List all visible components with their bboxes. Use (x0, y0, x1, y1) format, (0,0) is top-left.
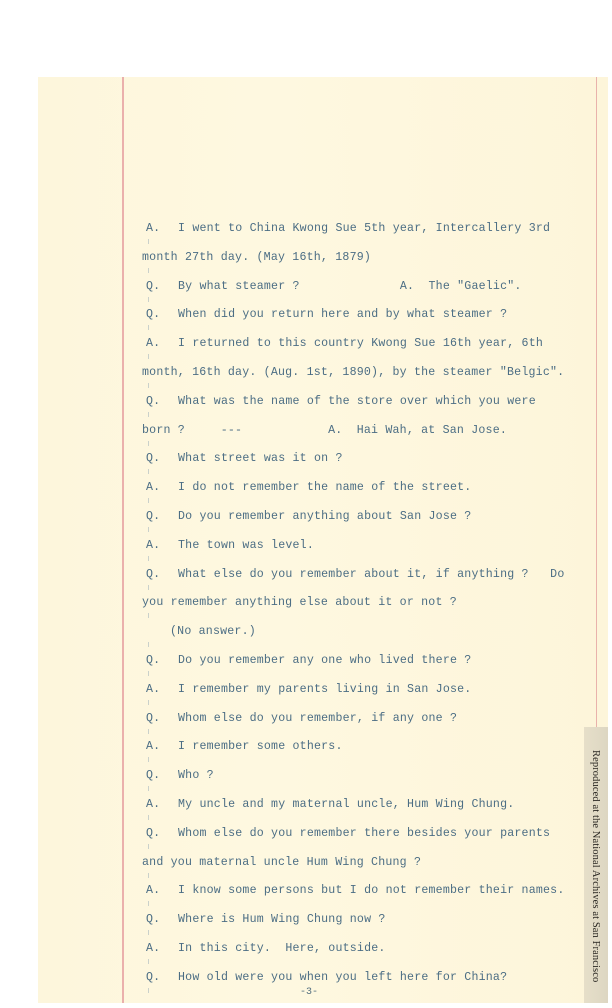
typewriter-tick (148, 498, 149, 503)
typewriter-tick (148, 325, 149, 330)
typewriter-tick (148, 815, 149, 820)
answer-marker: A. (146, 222, 160, 236)
typewriter-tick (148, 700, 149, 705)
answer-marker: A. (146, 942, 160, 956)
line-text: What was the name of the store over whic… (178, 395, 536, 409)
typewriter-tick (148, 441, 149, 446)
line-text: I returned to this country Kwong Sue 16t… (178, 337, 543, 351)
typewriter-tick (148, 642, 149, 647)
question-marker: Q. (146, 395, 160, 409)
archive-watermark: Reproduced at the National Archives at S… (584, 750, 606, 990)
line-text: What else do you remember about it, if a… (178, 568, 565, 582)
question-marker: Q. (146, 769, 160, 783)
typewriter-tick (148, 930, 149, 935)
answer-marker: A. (146, 337, 160, 351)
line-text: Who ? (178, 769, 214, 783)
answer-marker: A. (146, 539, 160, 553)
line-text: Whom else do you remember, if any one ? (178, 712, 457, 726)
question-marker: Q. (146, 280, 160, 294)
line-text: I do not remember the name of the street… (178, 481, 471, 495)
line-text: By what steamer ? A. The "Gaelic". (178, 280, 522, 294)
line-text: When did you return here and by what ste… (178, 308, 507, 322)
line-text: I remember some others. (178, 740, 343, 754)
question-marker: Q. (146, 308, 160, 322)
line-text: I know some persons but I do not remembe… (178, 884, 565, 898)
typewriter-tick (148, 239, 149, 244)
page-number: -3- (300, 987, 318, 998)
question-marker: Q. (146, 913, 160, 927)
line-text: I remember my parents living in San Jose… (178, 683, 471, 697)
typewriter-tick (148, 383, 149, 388)
line-text: How old were you when you left here for … (178, 971, 507, 985)
line-text: Do you remember anything about San Jose … (178, 510, 471, 524)
line-text: My uncle and my maternal uncle, Hum Wing… (178, 798, 514, 812)
typewriter-tick (148, 585, 149, 590)
question-marker: Q. (146, 827, 160, 841)
typewriter-tick (148, 873, 149, 878)
question-marker: Q. (146, 510, 160, 524)
line-text: In this city. Here, outside. (178, 942, 386, 956)
typewriter-tick (148, 729, 149, 734)
line-text: (No answer.) (170, 625, 256, 639)
answer-marker: A. (146, 884, 160, 898)
typewriter-tick (148, 527, 149, 532)
question-marker: Q. (146, 654, 160, 668)
typewriter-tick (148, 959, 149, 964)
typewriter-tick (148, 844, 149, 849)
typewriter-tick (148, 556, 149, 561)
line-text: Where is Hum Wing Chung now ? (178, 913, 386, 927)
answer-marker: A. (146, 481, 160, 495)
answer-marker: A. (146, 683, 160, 697)
line-text: I went to China Kwong Sue 5th year, Inte… (178, 222, 550, 236)
line-text: and you maternal uncle Hum Wing Chung ? (142, 856, 421, 870)
typewriter-tick (148, 901, 149, 906)
typewriter-tick (148, 988, 149, 993)
typewriter-tick (148, 412, 149, 417)
line-text: What street was it on ? (178, 452, 343, 466)
typewriter-tick (148, 786, 149, 791)
line-text: Whom else do you remember there besides … (178, 827, 550, 841)
question-marker: Q. (146, 971, 160, 985)
line-text: month 27th day. (May 16th, 1879) (142, 251, 371, 265)
typewriter-tick (148, 613, 149, 618)
typewriter-tick (148, 354, 149, 359)
transcript-body: A.I went to China Kwong Sue 5th year, In… (38, 77, 608, 1003)
line-text: you remember anything else about it or n… (142, 596, 457, 610)
question-marker: Q. (146, 712, 160, 726)
question-marker: Q. (146, 568, 160, 582)
line-text: born ? --- A. Hai Wah, at San Jose. (142, 424, 507, 438)
typewriter-tick (148, 469, 149, 474)
typewriter-tick (148, 671, 149, 676)
typewriter-tick (148, 297, 149, 302)
document-page: A.I went to China Kwong Sue 5th year, In… (38, 77, 608, 1003)
answer-marker: A. (146, 740, 160, 754)
typewriter-tick (148, 757, 149, 762)
question-marker: Q. (146, 452, 160, 466)
line-text: Do you remember any one who lived there … (178, 654, 471, 668)
answer-marker: A. (146, 798, 160, 812)
line-text: month, 16th day. (Aug. 1st, 1890), by th… (142, 366, 564, 380)
typewriter-tick (148, 268, 149, 273)
line-text: The town was level. (178, 539, 314, 553)
